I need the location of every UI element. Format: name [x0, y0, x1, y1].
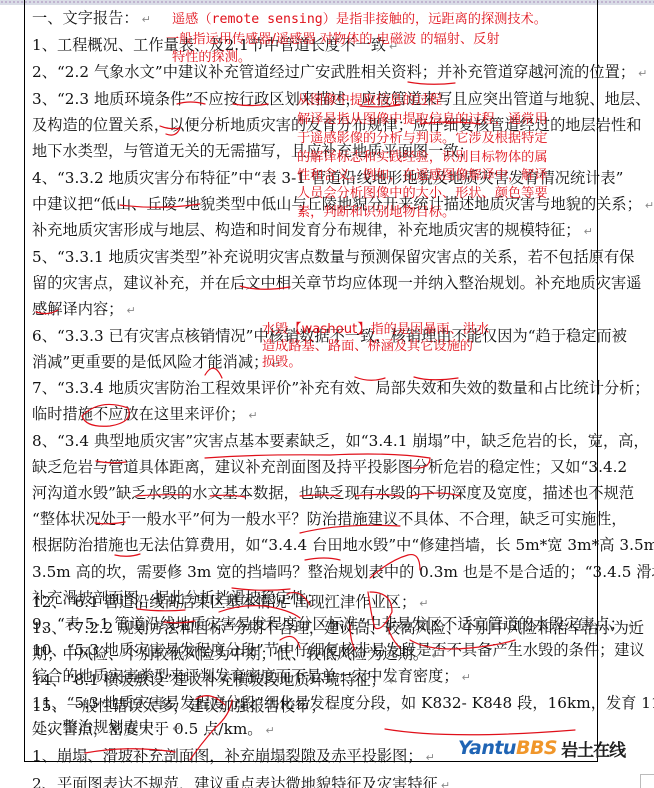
annotation-interpretation-5: 人员会分析图像中的大小、形状、颜色等要: [297, 186, 548, 202]
paragraph-mark-icon: ↵: [142, 13, 151, 26]
annotation-interpretation-4: 性和含义。例如，在遥感图像解译中，解译: [297, 168, 548, 184]
page-corner-mark: [640, 774, 654, 788]
report-line-16-text: 8、“3.4 典型地质灾害”灾害点基本要素缺乏，如“3.4.1 崩塌”中，缺乏危…: [32, 432, 649, 450]
yantu-bbs-logo: Yantu BBS 岩土在线: [458, 735, 625, 761]
report-line-14-text: 7、“3.3.4 地质灾害防治工程效果评价”补充有效、局部失效和失效的数量和占比…: [32, 379, 650, 397]
annotation-interpretation-title: 从图像中提取信息的过程: [297, 93, 442, 109]
report-line-18-text: 河沟道水毁”缺乏水毁的水文基本数据，也缺乏现有水毁的下切深度及宽度，描述也不规范: [32, 484, 634, 502]
report-line-10: 留的灾害点，建议补充，并在后文中相关章节均应体现一并纳入整治规划。补充地质灾害遥: [32, 273, 642, 293]
paragraph-mark-icon: ↵: [248, 409, 257, 422]
paragraph-mark-icon: ↵: [638, 67, 647, 80]
annotation-washout-1: 水毁【washout】指的是因暴雨、洪水: [262, 322, 489, 338]
paragraph-mark-icon: ↵: [426, 751, 435, 764]
logo-chinese-text: 岩土在线: [561, 736, 625, 761]
report-line-17-text: 缺乏危岩与管道具体距离，建议补充剖面图及持平投影图分析危岩的稳定性；又如“3.4…: [32, 458, 627, 476]
section-heading-remediation-table: 二、整治规划表中：↵: [32, 717, 181, 739]
annotation-interpretation-1: 解译是指从图像中提取信息的过程，通常用: [297, 112, 548, 128]
report-line-18: 河沟道水毁”缺乏水毁的水文基本数据，也缺乏现有水毁的下切深度及宽度，描述也不规范: [32, 483, 634, 503]
report-line-9-text: 5、“3.3.1 地质灾害类型”补充说明灾害点数量与预测保留灾害点的关系，若不包…: [32, 248, 634, 266]
report-line-17: 缺乏危岩与管道具体距离，建议补充剖面图及持平投影图分析危岩的稳定性；又如“3.4…: [32, 457, 627, 477]
report-line-9: 5、“3.3.1 地质灾害类型”补充说明灾害点数量与预测保留灾害点的关系，若不包…: [32, 247, 634, 267]
logo-bbs-text: BBS: [516, 737, 557, 759]
report-line-2: 2、“2.2 气象水文”中建议补充管道经过广安武胜相关资料；并补充管道穿越河流的…: [32, 62, 647, 84]
report-line-16: 8、“3.4 典型地质灾害”灾害点基本要素缺乏，如“3.4.1 崩塌”中，缺乏危…: [32, 431, 649, 451]
report-line-30: 期；中风险、个别较低风险为中期；低、较低风险为远期。↵: [32, 644, 440, 666]
report-line-31-text: 14、“8.1 横坡敷设”建议补充横坡段地质环境特征；: [32, 671, 386, 689]
logo-yantu-text: Yantu: [458, 737, 516, 759]
report-line-13: 消减”更重要的是低风险才能消减；↵: [32, 352, 281, 374]
paragraph-mark-icon: ↵: [584, 225, 593, 238]
remediation-item-2-text: 2、平面图表达不规范，建议重点表达微地貌特征及灾害特征: [32, 775, 438, 788]
report-line-29: 13、“7.2.2 规划方法和目标”分期不合理，建议高、较高风险、个别中风险和治…: [32, 618, 644, 638]
report-line-29-text: 13、“7.2.2 规划方法和目标”分期不合理，建议高、较高风险、个别中风险和治…: [32, 619, 644, 637]
annotation-interpretation-6: 素，判断和识别地物目标。: [297, 205, 455, 221]
paragraph-mark-icon: ↵: [126, 304, 135, 317]
report-line-32-text: 15、一般性错误太多，建议加强报告校审；: [32, 697, 326, 715]
report-line-21: 3.5m 高的坎，需要修 3m 宽的挡墙吗？整治规划表中的 0.3m 也是不是合…: [32, 562, 654, 582]
annotation-washout-3: 损毁。: [262, 355, 302, 371]
report-line-13-text: 消减”更重要的是低风险才能消减；: [32, 353, 268, 371]
paragraph-mark-icon: ↵: [389, 675, 398, 688]
paragraph-mark-icon: ↵: [329, 701, 338, 714]
report-line-11: 感解译内容；↵: [32, 299, 136, 321]
report-line-20: 根据防治措施也无法估算费用，如“3.4.4 台田地水毁”中“修建挡墙，长 5m*…: [32, 535, 654, 555]
paragraph-mark-icon: ↵: [419, 597, 428, 610]
report-line-14: 7、“3.3.4 地质灾害防治工程效果评价”补充有效、局部失效和失效的数量和占比…: [32, 378, 650, 398]
annotation-remote-sensing-1: 遥感（remote sensing）是指非接触的，远距离的探测技术。: [172, 12, 547, 28]
report-line-19-text: “整体状况处于一般水平”何为一般水平？防治措施建议不具体、不合理，缺乏可实施性，: [32, 510, 627, 528]
paragraph-mark-icon: ↵: [431, 649, 440, 662]
report-line-15: 临时措施不应放在这里来评价；↵: [32, 404, 258, 426]
annotation-remote-sensing-3: 特性的探测。: [172, 50, 251, 66]
report-line-19: “整体状况处于一般水平”何为一般水平？防治措施建议不具体、不合理，缺乏可实施性，: [32, 509, 627, 529]
report-line-8: 补充地质灾害形成与地层、构造和时间发育分布规律，补充地质灾害的规模特征；↵: [32, 220, 593, 242]
annotation-interpretation-3: 的解译标志和实践经验，识别目标物体的属: [297, 150, 548, 166]
annotation-washout-2: 造成路基、路面、桥涵及其它设施的: [262, 339, 473, 355]
report-line-30-text: 期；中风险、个别较低风险为中期；低、较低风险为远期。: [32, 645, 428, 663]
paragraph-mark-icon: ↵: [172, 722, 181, 735]
report-line-32: 15、一般性错误太多，建议加强报告校审；↵: [32, 696, 338, 718]
paragraph-mark-icon: ↵: [462, 671, 471, 684]
report-line-11-text: 感解译内容；: [32, 300, 123, 318]
remediation-item-1: 1、崩塌、滑坡补充剖面图，补充崩塌裂隙及赤平投影图；↵: [32, 746, 435, 768]
annotation-remote-sensing-2: 一般指运用传感器/遥感器 对物体的 电磁波 的辐射、反射: [166, 32, 500, 48]
report-line-31: 14、“8.1 横坡敷设”建议补充横坡段地质环境特征；↵: [32, 670, 398, 692]
report-line-20-text: 根据防治措施也无法估算费用，如“3.4.4 台田地水毁”中“修建挡墙，长 5m*…: [32, 536, 654, 554]
report-line-10-text: 留的灾害点，建议补充，并在后文中相关章节均应体现一并纳入整治规划。补充地质灾害遥: [32, 274, 642, 292]
report-line-21-text: 3.5m 高的坎，需要修 3m 宽的挡墙吗？整治规划表中的 0.3m 也是不是合…: [32, 563, 654, 581]
paragraph-mark-icon: ↵: [645, 199, 654, 212]
report-line-15-text: 临时措施不应放在这里来评价；: [32, 405, 245, 423]
annotation-interpretation-2: 于遥感影像的分析与判读。它涉及根据特定: [297, 131, 548, 147]
report-line-2-text: 2、“2.2 气象水文”中建议补充管道经过广安武胜相关资料；并补充管道穿越河流的…: [32, 63, 635, 81]
section-heading-text-report: 一、文字报告：↵: [32, 8, 151, 30]
report-line-28-text: 12、“6.1 管道沿线高后果区基本情况”出现江津作业区；: [32, 593, 416, 611]
report-line-28: 12、“6.1 管道沿线高后果区基本情况”出现江津作业区；↵: [32, 592, 429, 614]
report-line-8-text: 补充地质灾害形成与地层、构造和时间发育分布规律，补充地质灾害的规模特征；: [32, 221, 581, 239]
remediation-item-1-text: 1、崩塌、滑坡补充剖面图，补充崩塌裂隙及赤平投影图；: [32, 747, 423, 765]
section-heading-text-report-text: 一、文字报告：: [32, 9, 139, 27]
remediation-item-2: 2、平面图表达不规范，建议重点表达微地貌特征及灾害特征↵: [32, 774, 450, 788]
section-heading-remediation-table-text: 二、整治规划表中：: [32, 718, 169, 736]
paragraph-mark-icon: ↵: [441, 779, 450, 788]
paragraph-mark-icon: ↵: [266, 724, 275, 737]
